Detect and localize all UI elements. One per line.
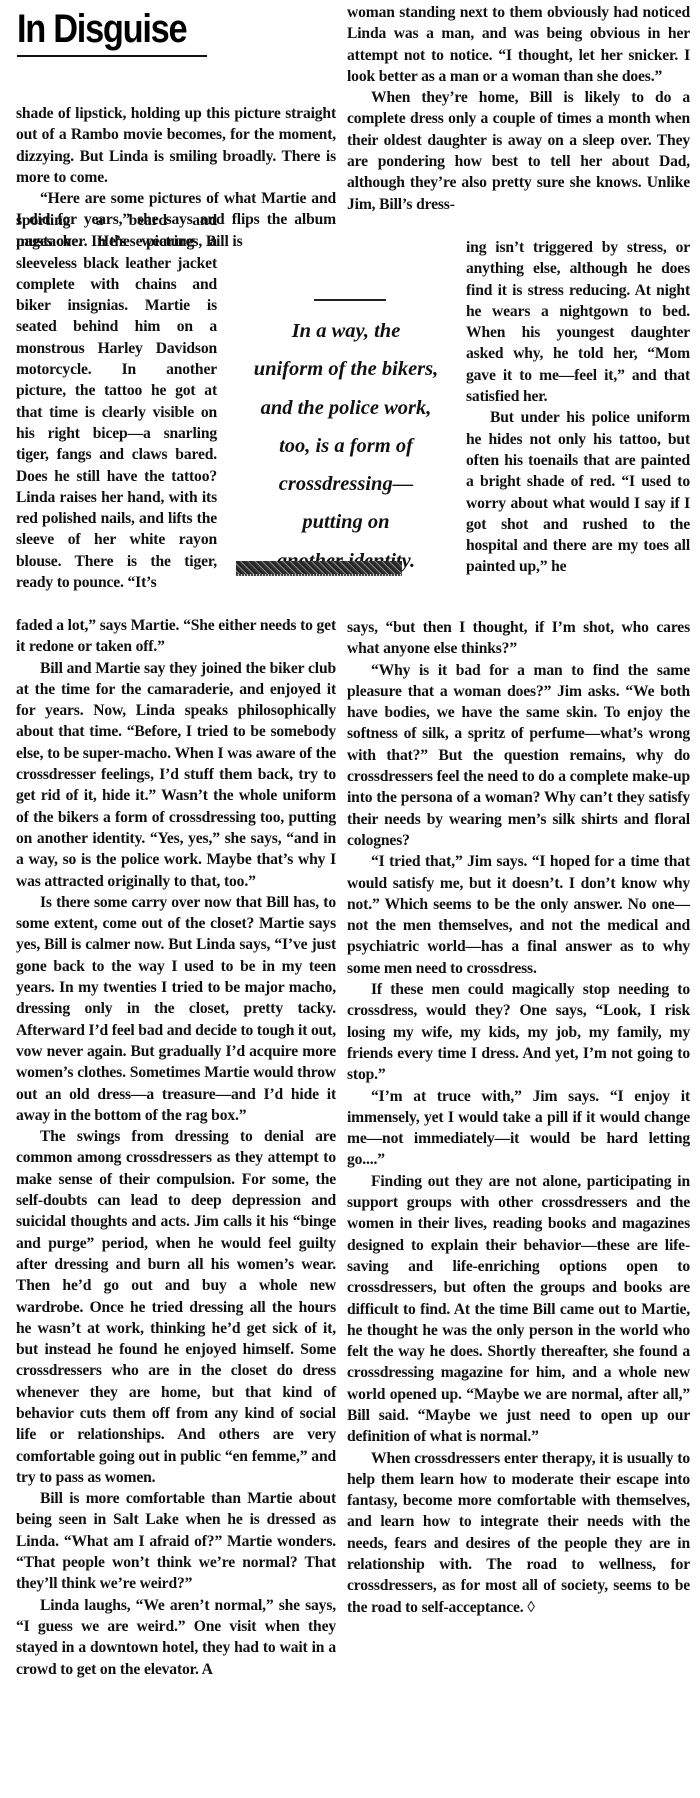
pull-quote: In a way, the uniform of the bikers, and… bbox=[222, 250, 470, 585]
paragraph: Bill is more comfortable than Martie abo… bbox=[16, 1488, 336, 1594]
paragraph: But under his police uniform he hides no… bbox=[466, 407, 690, 577]
paragraph: Linda laughs, “We aren’t normal,” she sa… bbox=[16, 1595, 336, 1680]
paragraph: woman standing next to them obviously ha… bbox=[347, 2, 690, 87]
paragraph: Finding out they are not alone, particip… bbox=[347, 1171, 690, 1448]
pull-quote-decorative-bar bbox=[236, 561, 402, 574]
paragraph: Bill and Martie say they joined the bike… bbox=[16, 658, 336, 892]
pull-quote-line: and the police work, bbox=[261, 397, 432, 419]
right-column-narrow: ing isn’t triggered by stress, or anythi… bbox=[466, 237, 690, 578]
right-column-bottom: says, “but then I thought, if I’m shot, … bbox=[347, 617, 690, 1618]
paragraph: “Why is it bad for a man to find the sam… bbox=[347, 660, 690, 852]
paragraph: When they’re home, Bill is likely to do … bbox=[347, 87, 690, 215]
left-column-bottom: faded a lot,” says Martie. “She either n… bbox=[16, 615, 336, 1680]
paragraph: When crossdressers enter therapy, it is … bbox=[347, 1448, 690, 1618]
article-page: In Disguise shade of lipstick, holding u… bbox=[0, 0, 700, 1798]
paragraph: sporting a beard and mustache. He’s wear… bbox=[16, 210, 217, 593]
closing-paragraph-text: When crossdressers enter therapy, it is … bbox=[347, 1450, 690, 1616]
paragraph: shade of lipstick, holding up this pictu… bbox=[16, 103, 336, 188]
pull-quote-line: uniform of the bikers, bbox=[254, 358, 439, 380]
right-column-top: woman standing next to them obviously ha… bbox=[347, 2, 690, 215]
paragraph: says, “but then I thought, if I’m shot, … bbox=[347, 617, 690, 660]
paragraph: If these men could magically stop needin… bbox=[347, 979, 690, 1085]
pull-quote-line: too, is a form of bbox=[279, 435, 413, 457]
paragraph: Is there some carry over now that Bill h… bbox=[16, 892, 336, 1126]
article-headline: In Disguise bbox=[17, 6, 186, 52]
paragraph: faded a lot,” says Martie. “She either n… bbox=[16, 615, 336, 658]
pull-quote-text: In a way, the uniform of the bikers, and… bbox=[222, 312, 470, 580]
left-column-narrow: sporting a beard and mustache. He’s wear… bbox=[16, 210, 217, 593]
end-mark-icon: ◊ bbox=[527, 1599, 535, 1616]
pull-quote-line: crossdressing— bbox=[279, 473, 413, 495]
paragraph: “I’m at truce with,” Jim says. “I enjoy … bbox=[347, 1086, 690, 1171]
paragraph: The swings from dressing to denial are c… bbox=[16, 1126, 336, 1488]
paragraph: ing isn’t triggered by stress, or anythi… bbox=[466, 237, 690, 407]
pull-quote-line: In a way, the bbox=[292, 320, 401, 342]
headline-underline bbox=[17, 55, 207, 57]
pull-quote-decorative-bar-edge bbox=[236, 574, 402, 576]
paragraph: “I tried that,” Jim says. “I hoped for a… bbox=[347, 851, 690, 979]
pull-quote-top-rule bbox=[314, 299, 386, 301]
pull-quote-line: putting on bbox=[302, 511, 389, 533]
